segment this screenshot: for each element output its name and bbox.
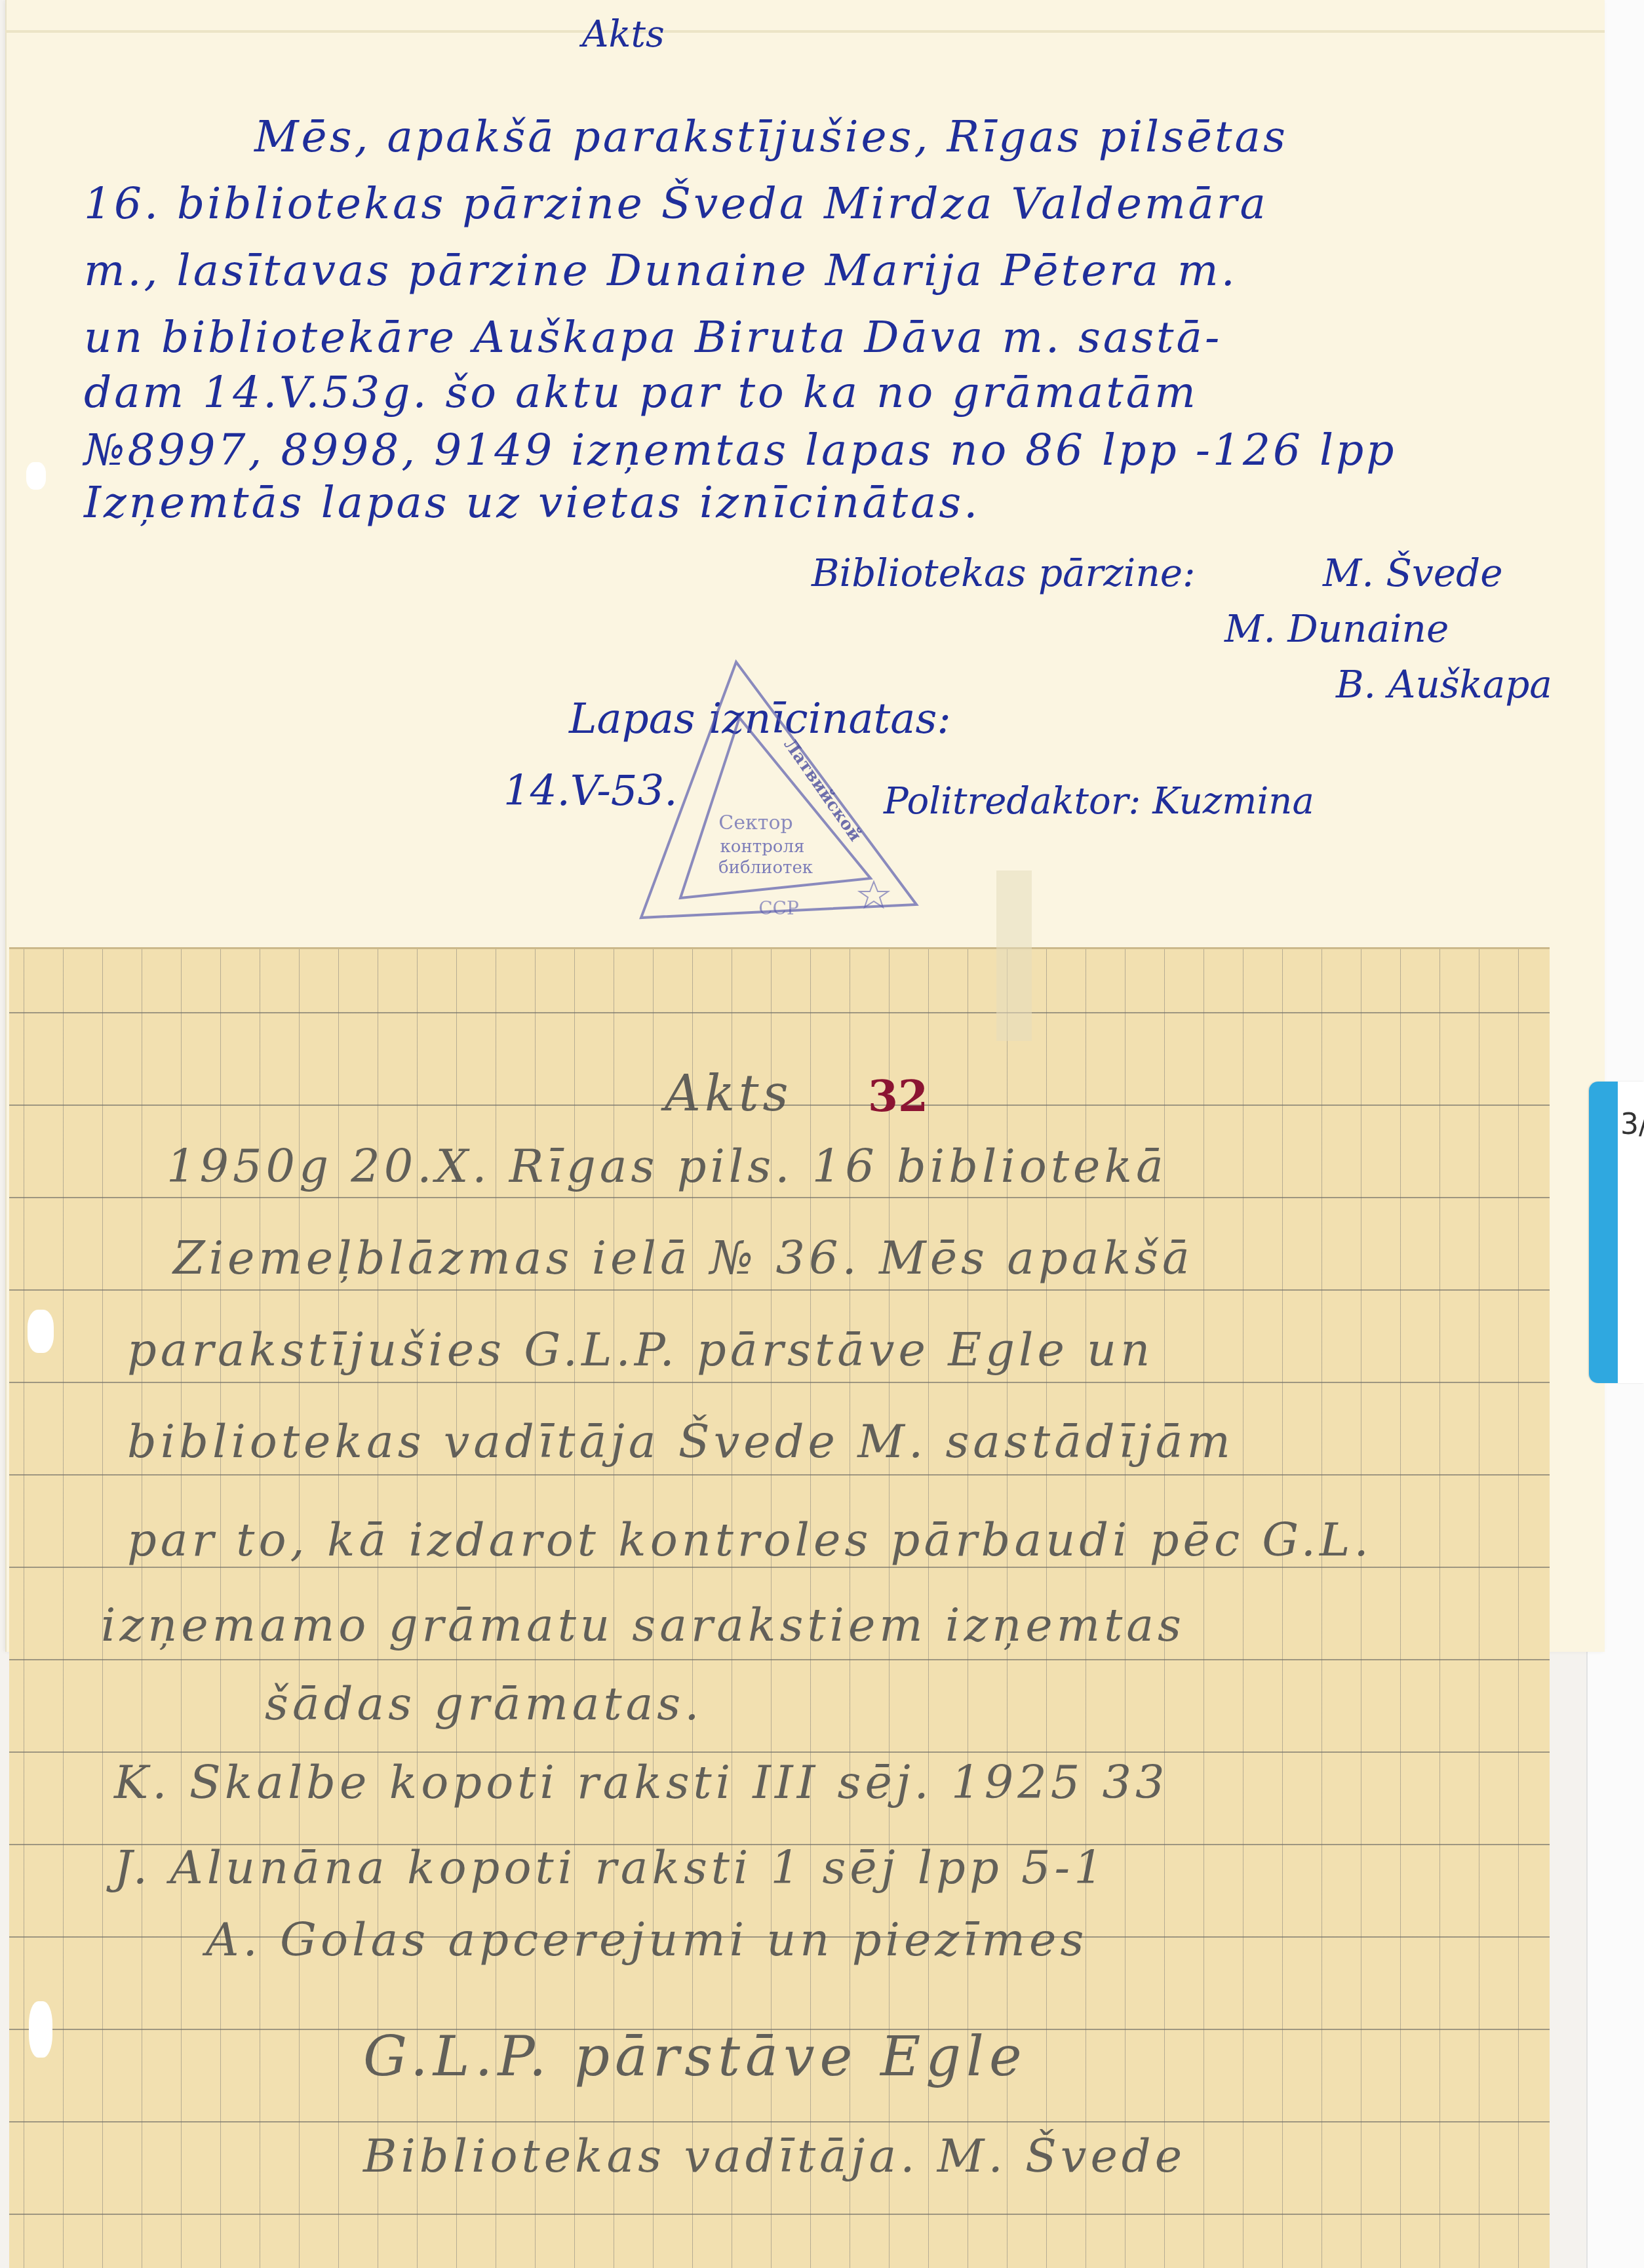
body-line-5: dam 14.V.53g. šo aktu par to ka no grāma… xyxy=(84,367,1198,418)
graph-paper-sheet-pencil-act: Akts 32 1950g 20.X. Rīgas pils. 16 bibli… xyxy=(9,947,1550,2268)
book-entry-alunans: J. Alunāna kopoti raksti 1 sēj lpp 5-1 xyxy=(114,1841,1107,1894)
svg-text:библиотек: библиотек xyxy=(718,858,813,878)
signature-egle: G.L.P. pārstāve Egle xyxy=(363,2024,1027,2088)
folio-number: 32 xyxy=(868,1070,928,1122)
graph-line-7: šādas grāmatas. xyxy=(265,1677,703,1730)
book-entry-skalbe: K. Skalbe kopoti raksti III sēj. 1925 33 xyxy=(114,1755,1169,1809)
signature-label: Bibliotekas pārzine: xyxy=(812,551,1196,595)
tape-strip xyxy=(996,870,1032,1041)
body-line-4: un bibliotekāre Auškapa Biruta Dāva m. s… xyxy=(84,312,1222,362)
graph-line-5: par to, kā izdarot kontroles pārbaudi pē… xyxy=(127,1513,1373,1567)
body-line-7: Izņemtās lapas uz vietas iznīcinātas. xyxy=(84,477,980,528)
signature-auskapa: B. Auškapa xyxy=(1336,662,1552,707)
act-title: Akts xyxy=(582,13,665,56)
glavlit-triangle-stamp: Сектор контроля библиотек ССР Латвийской xyxy=(615,655,923,931)
svg-text:Сектор: Сектор xyxy=(718,811,793,834)
index-tab-stripe xyxy=(1589,1082,1618,1383)
graph-line-3: parakstījušies G.L.P. pārstāve Egle un xyxy=(127,1323,1154,1377)
index-tab-label: 3/ xyxy=(1620,1108,1644,1141)
svg-text:контроля: контроля xyxy=(720,837,805,857)
index-tab[interactable]: 3/ xyxy=(1589,1082,1644,1383)
signature-dunaine: M. Dunaine xyxy=(1224,606,1449,651)
graph-line-4: bibliotekas vadītāja Švede M. sastādījām xyxy=(127,1415,1234,1468)
politredaktor-signature: Politredaktor: Kuzmina xyxy=(884,780,1314,823)
page-fold-line xyxy=(5,30,1605,33)
graph-line-2: Ziemeļblāzmas ielā № 36. Mēs apakšā xyxy=(173,1231,1194,1285)
body-line-1: Mēs, apakšā parakstījušies, Rīgas pilsēt… xyxy=(254,111,1288,162)
book-entry-golas: A. Golas apcerejumi un piezīmes xyxy=(206,1913,1087,1966)
graph-line-6: izņemamo grāmatu sarakstiem izņemtas xyxy=(101,1598,1185,1652)
body-line-2: 16. bibliotekas pārzine Šveda Mirdza Val… xyxy=(84,178,1268,229)
punch-hole-top-sheet xyxy=(26,462,46,490)
signature-svede-graph: Bibliotekas vadītāja. M. Švede xyxy=(363,2129,1186,2183)
graph-act-title: Akts xyxy=(665,1064,792,1122)
body-line-6: №8997, 8998, 9149 izņemtas lapas no 86 l… xyxy=(84,425,1397,475)
signature-svede: M. Švede xyxy=(1323,551,1503,595)
body-line-3: m., lasītavas pārzine Dunaine Marija Pēt… xyxy=(84,245,1238,296)
punch-hole-lower xyxy=(29,2001,52,2058)
svg-text:ССР: ССР xyxy=(758,897,799,919)
punch-hole-upper xyxy=(28,1310,54,1353)
graph-line-1: 1950g 20.X. Rīgas pils. 16 bibliotekā xyxy=(166,1139,1167,1193)
